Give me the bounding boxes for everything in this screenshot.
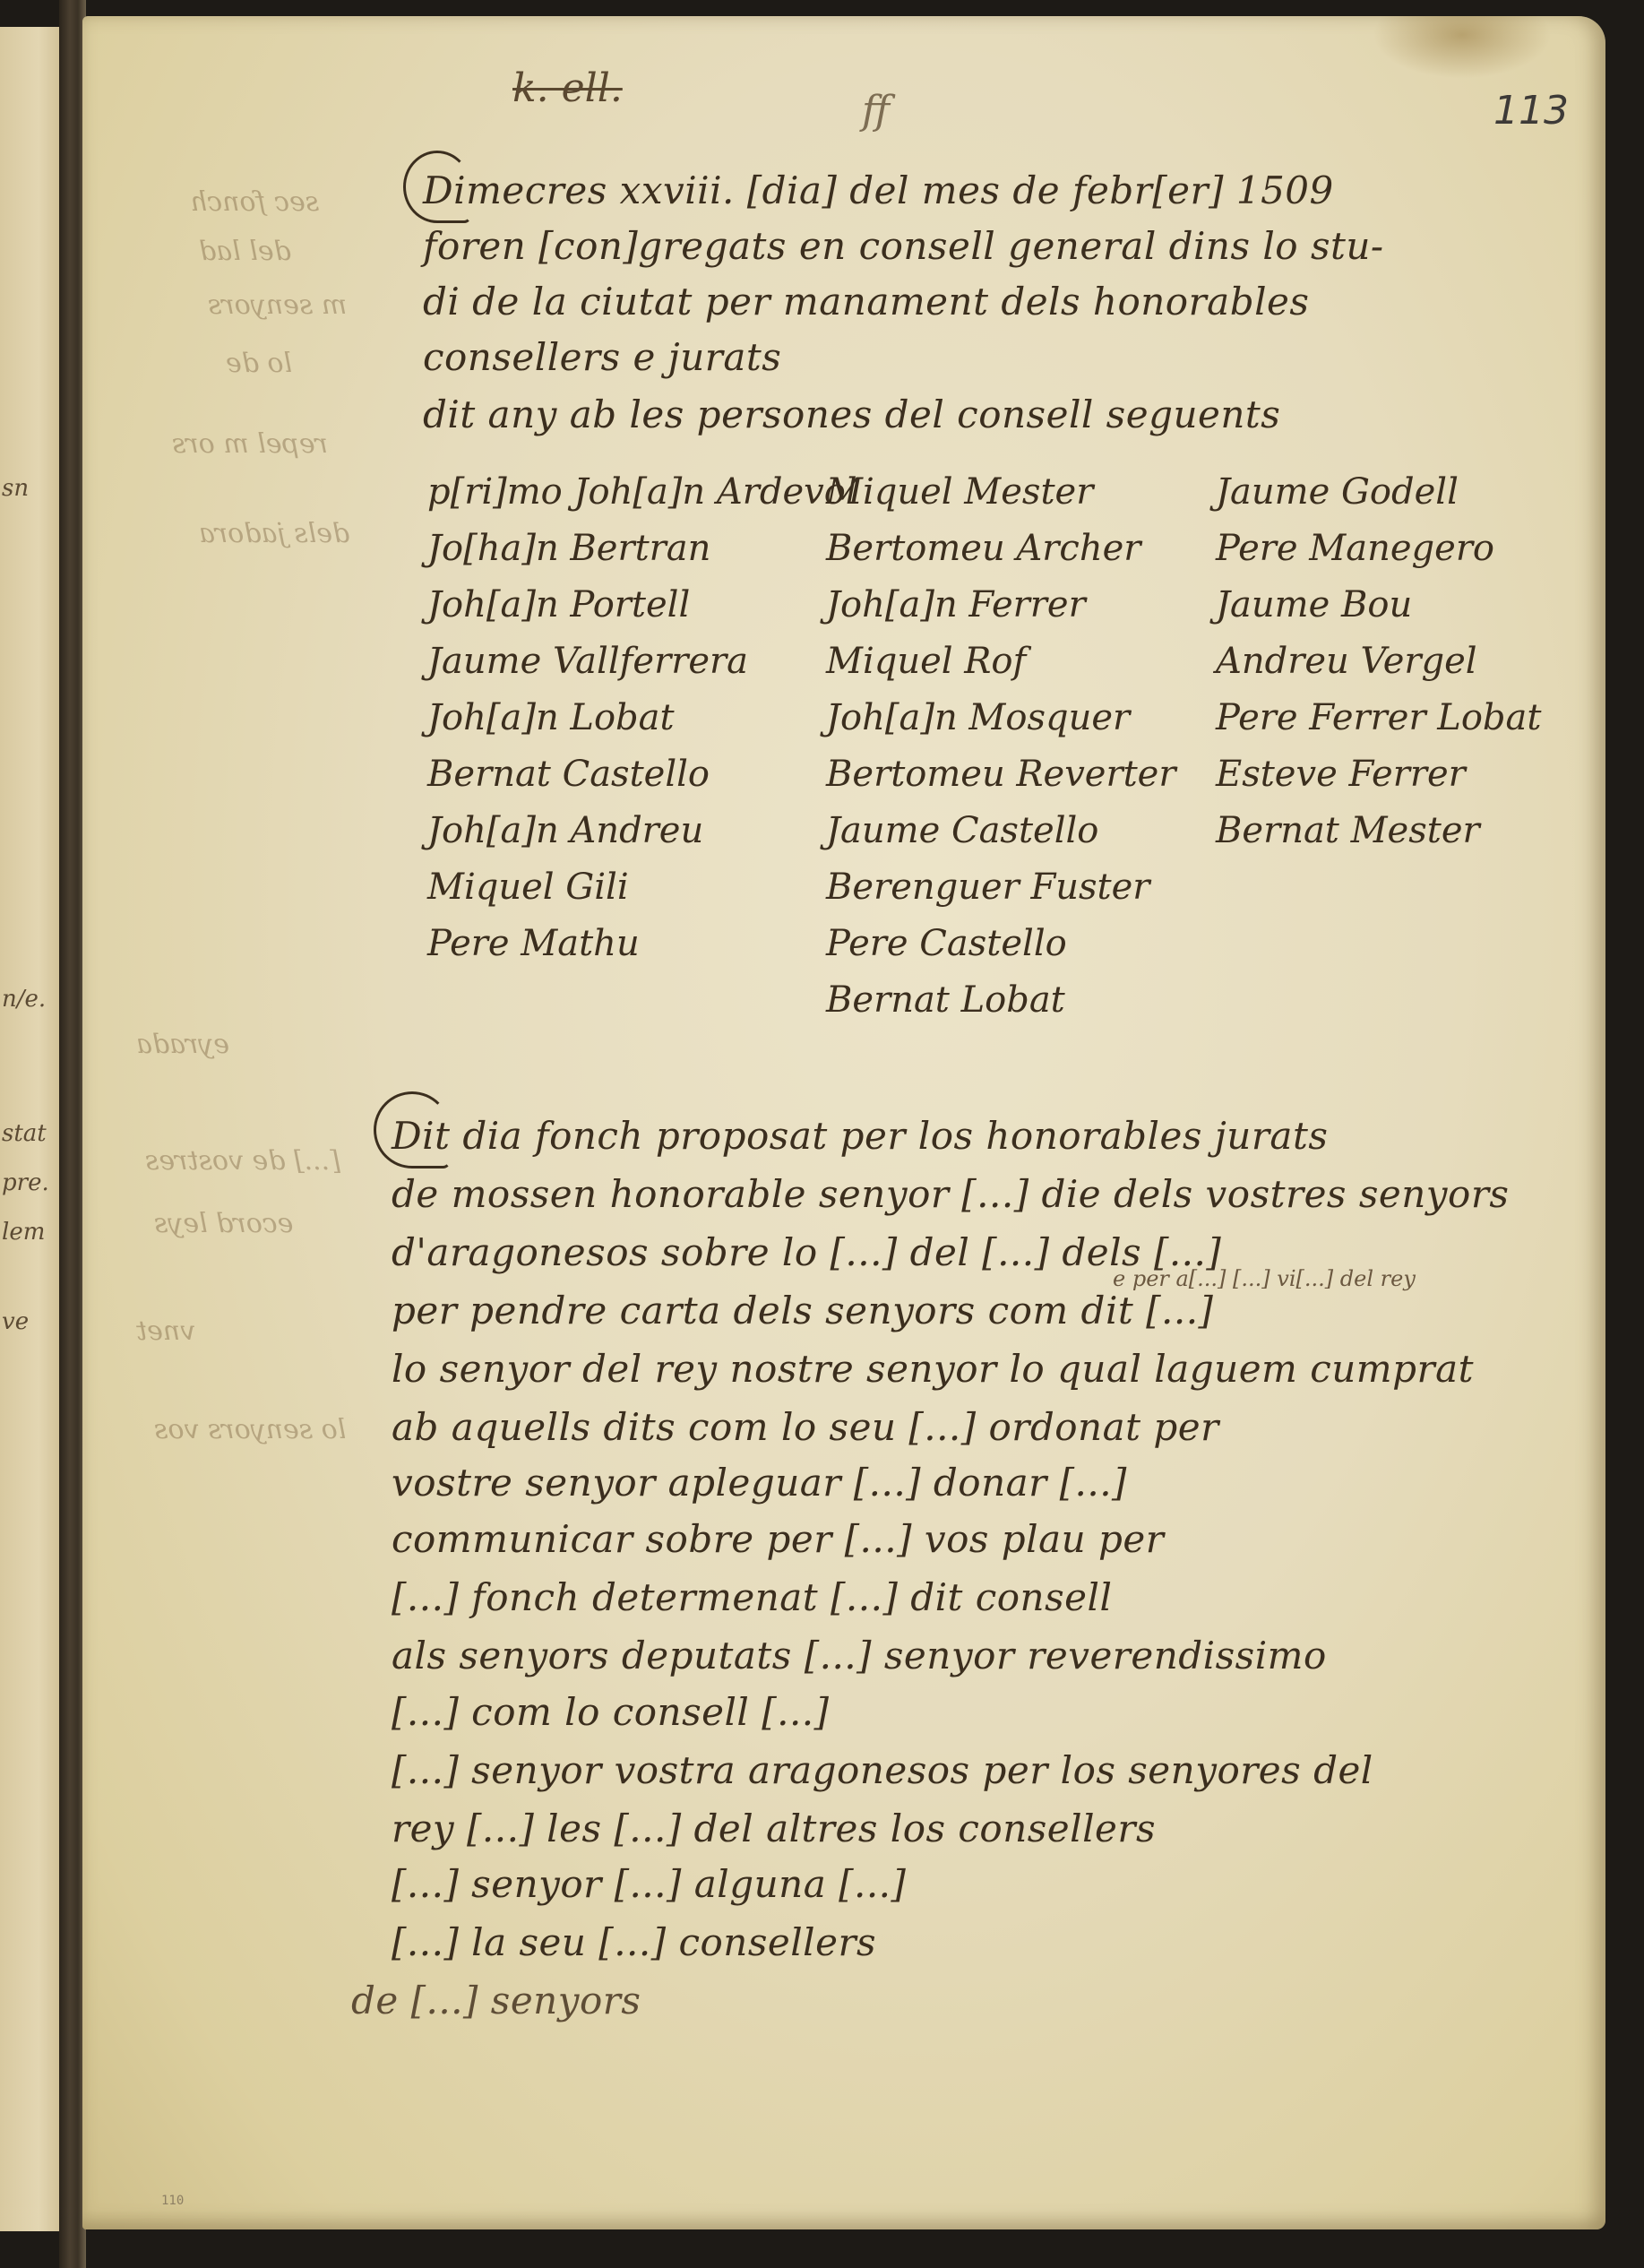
bleed-through-note: del lad xyxy=(199,236,291,267)
section-2-line: communicar sobre per [...] vos plau per xyxy=(392,1517,1164,1561)
section-2-line: Dit dia fonch proposat per los honorable… xyxy=(392,1114,1328,1158)
section-2-line: rey [...] les [...] del altres los conse… xyxy=(392,1807,1156,1850)
attendee-name: Pere Manegero xyxy=(1216,521,1541,577)
attendee-name: Jaume Bou xyxy=(1216,577,1541,634)
manuscript-page: 113 110 k. ell. ff sec fonch del lad m s… xyxy=(82,16,1605,2229)
attendee-name: Jaume Vallferrera xyxy=(427,634,857,690)
interlinear-insertion: e per a[...] [...] vi[...] del rey xyxy=(1113,1266,1416,1291)
attendee-name: Andreu Vergel xyxy=(1216,634,1541,690)
fragment-text: pre. xyxy=(2,1169,63,1196)
bleed-through-note: vnet xyxy=(136,1315,195,1347)
fragment-text: lem xyxy=(2,1219,63,1246)
attendee-name: Bernat Castello xyxy=(427,746,857,803)
attendee-name: Miquel Rof xyxy=(826,634,1175,690)
header-flourish: ff xyxy=(862,88,890,134)
section-1-line: di de la ciutat per manament dels honora… xyxy=(423,280,1309,323)
attendee-name: Joh[a]n Andreu xyxy=(427,803,857,859)
section-2-line: [...] senyor [...] alguna [...] xyxy=(392,1862,906,1906)
attendees-column-1: p[ri]mo Joh[a]n Ardevol Jo[ha]n Bertran … xyxy=(427,464,857,972)
attendee-name: Pere Ferrer Lobat xyxy=(1216,690,1541,746)
attendee-name: Miquel Mester xyxy=(826,464,1175,521)
bleed-through-note: lo senyors vos xyxy=(154,1414,346,1445)
bleed-through-note: sec fonch xyxy=(190,186,319,218)
attendees-column-3: Jaume Godell Pere Manegero Jaume Bou And… xyxy=(1216,464,1541,859)
attendee-name: Bertomeu Reverter xyxy=(826,746,1175,803)
section-2-line: [...] la seu [...] consellers xyxy=(392,1920,876,1964)
attendee-name: Joh[a]n Portell xyxy=(427,577,857,634)
attendee-name: Jaume Godell xyxy=(1216,464,1541,521)
section-2-line: [...] fonch determenat [...] dit consell xyxy=(392,1575,1112,1619)
section-1-line: foren [con]gregats en consell general di… xyxy=(423,224,1384,268)
section-2-line: vostre senyor apleguar [...] donar [...] xyxy=(392,1461,1127,1505)
attendees-column-2: Miquel Mester Bertomeu Archer Joh[a]n Fe… xyxy=(826,464,1175,1029)
bleed-through-note: ecord leys xyxy=(154,1208,293,1239)
water-stain xyxy=(1373,16,1552,79)
attendee-name: Joh[a]n Mosquer xyxy=(826,690,1175,746)
section-2-line: ab aquells dits com lo seu [...] ordonat… xyxy=(392,1405,1219,1449)
bleed-through-note: m senyors xyxy=(208,289,347,321)
attendee-name: Miquel Gili xyxy=(427,859,857,916)
section-2-line: [...] senyor vostra aragonesos per los s… xyxy=(392,1748,1373,1792)
section-1-line: Dimecres xxviii. [dia] del mes de febr[e… xyxy=(423,168,1334,212)
fragment-text: stat xyxy=(2,1120,63,1147)
fragment-text: n/e. xyxy=(2,986,63,1013)
bleed-through-note: lo de xyxy=(226,348,292,379)
folio-number: 113 xyxy=(1493,88,1569,134)
bleed-through-note: eyrada xyxy=(136,1029,229,1060)
archive-stamp: 110 xyxy=(161,2194,184,2208)
attendee-name: p[ri]mo Joh[a]n Ardevol xyxy=(427,464,857,521)
facing-page-fragments: sn n/e. stat pre. lem ve xyxy=(0,27,65,2231)
attendee-name: Joh[a]n Lobat xyxy=(427,690,857,746)
attendee-name: Pere Castello xyxy=(826,916,1175,972)
section-2-line: als senyors deputats [...] senyor revere… xyxy=(392,1634,1327,1677)
section-2-line: per pendre carta dels senyors com dit [.… xyxy=(392,1289,1213,1332)
facing-page-strip: sn n/e. stat pre. lem ve xyxy=(0,27,65,2231)
bleed-through-note: repel m ors xyxy=(172,428,328,460)
section-2-line: lo senyor del rey nostre senyor lo qual … xyxy=(392,1347,1474,1391)
section-2-line: d'aragonesos sobre lo [...] del [...] de… xyxy=(392,1230,1221,1274)
fragment-text: sn xyxy=(2,475,63,502)
attendee-name: Jo[ha]n Bertran xyxy=(427,521,857,577)
section-2-line: de [...] senyors xyxy=(351,1979,641,2022)
attendee-name: Bertomeu Archer xyxy=(826,521,1175,577)
attendee-name: Jaume Castello xyxy=(826,803,1175,859)
attendee-name: Joh[a]n Ferrer xyxy=(826,577,1175,634)
attendee-name: Berenguer Fuster xyxy=(826,859,1175,916)
bleed-through-note: [...] de vostres xyxy=(145,1145,340,1177)
attendee-name: Esteve Ferrer xyxy=(1216,746,1541,803)
fragment-text: ve xyxy=(2,1308,63,1335)
attendee-name: Pere Mathu xyxy=(427,916,857,972)
attendee-name: Bernat Lobat xyxy=(826,972,1175,1029)
bleed-through-note: dels jadora xyxy=(199,518,349,549)
section-2-line: de mossen honorable senyor [...] die del… xyxy=(392,1172,1509,1216)
section-1-line: dit any ab les persones del consell segu… xyxy=(423,392,1280,436)
struck-header-word: k. ell. xyxy=(512,65,623,111)
attendee-name: Bernat Mester xyxy=(1216,803,1541,859)
section-1-line: consellers e jurats xyxy=(423,335,781,379)
section-2-line: [...] com lo consell [...] xyxy=(392,1690,830,1734)
